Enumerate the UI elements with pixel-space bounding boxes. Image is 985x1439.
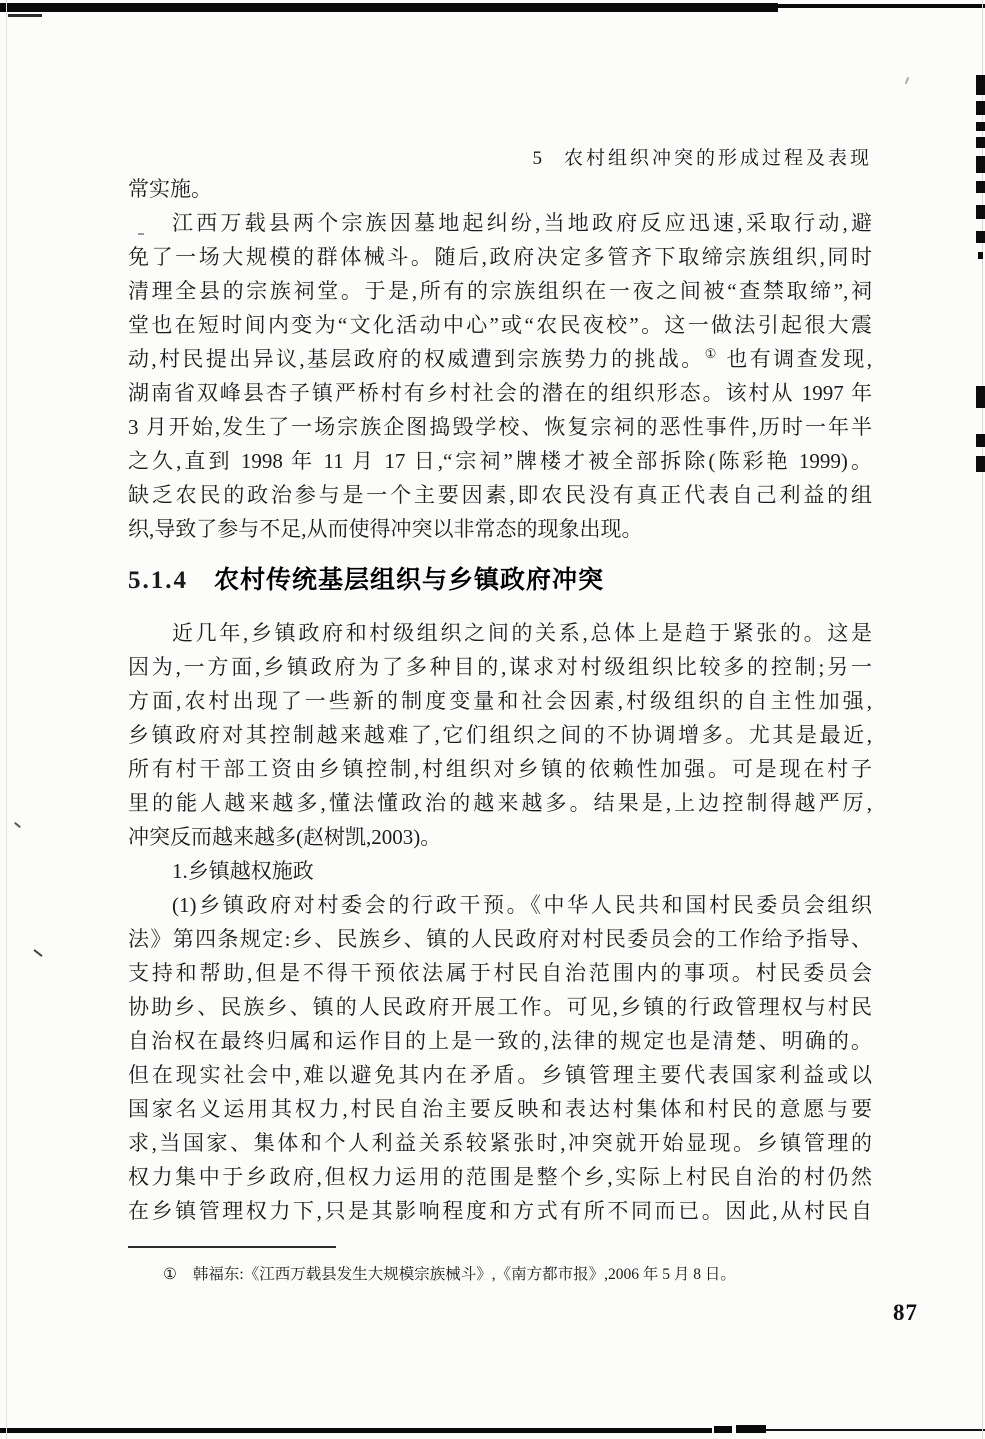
scan-artifact-bottom-blob: [736, 1425, 766, 1433]
body-line: 支持和帮助,但是不得干预依法属于村民自治范围内的事项。村民委员会: [128, 956, 872, 990]
body-line: 湖南省双峰县杏子镇严桥村有乡村社会的潜在的组织形态。该村从 1997 年: [128, 376, 872, 410]
body-line: 3 月开始,发生了一场宗族企图捣毁学校、恢复宗祠的恶性事件,历时一年半: [128, 410, 872, 444]
footnote-separator: [128, 1246, 336, 1248]
body-line: (1)乡镇政府对村委会的行政干预。《中华人民共和国村民委员会组织: [128, 888, 872, 922]
scan-artifact-bottom-bar-thin: [766, 1429, 985, 1431]
running-head-chapter-number: 5: [532, 148, 542, 169]
book-page: 5农村组织冲突的形成过程及表现 常实施。江西万载县两个宗族因墓地起纠纷,当地政府…: [0, 0, 985, 1439]
body-line: 协助乡、民族乡、镇的人民政府开展工作。可见,乡镇的行政管理权与村民: [128, 990, 872, 1024]
scan-speck: [905, 77, 909, 84]
body-line: 织,导致了参与不足,从而使得冲突以非常态的现象出现。: [128, 512, 872, 546]
body-line: 但在现实社会中,难以避免其内在矛盾。乡镇管理主要代表国家利益或以: [128, 1058, 872, 1092]
scan-artifact-right-blob: [976, 434, 985, 447]
scan-artifact-right-blob: [976, 75, 985, 95]
body-line: 因为,一方面,乡镇政府为了多种目的,谋求对村级组织比较多的控制;另一: [128, 650, 872, 684]
scan-artifact-right-blob: [976, 205, 985, 219]
footnote: ①韩福东:《江西万载县发生大规模宗族械斗》,《南方都市报》,2006 年 5 月…: [163, 1264, 843, 1286]
scan-artifact-right-blob: [976, 181, 985, 193]
body-line: 免了一场大规模的群体械斗。随后,政府决定多管齐下取缔宗族组织,同时: [128, 240, 872, 274]
body-line: 1.乡镇越权施政: [128, 854, 872, 888]
body-line: 常实施。: [128, 172, 872, 206]
body-line: 缺乏农民的政治参与是一个主要因素,即农民没有真正代表自己利益的组: [128, 478, 872, 512]
section-heading: 5.1.4农村传统基层组织与乡镇政府冲突: [128, 562, 872, 598]
body-line: 堂也在短时间内变为“文化活动中心”或“农民夜校”。这一做法引起很大震: [128, 308, 872, 342]
running-head: 5农村组织冲突的形成过程及表现: [128, 143, 872, 170]
body-line: 国家名义运用其权力,村民自治主要反映和表达村集体和村民的意愿与要: [128, 1092, 872, 1126]
scan-speck: [14, 822, 21, 828]
footnote-reference-mark: ①: [705, 346, 719, 361]
scan-edge-line-left: [6, 0, 7, 1439]
body-line: 所有村干部工资由乡镇控制,村组织对乡镇的依赖性加强。可是现在村子: [128, 752, 872, 786]
scan-artifact-right-blob: [976, 122, 985, 131]
body-line: 乡镇政府对其控制越来越难了,它们组织之间的不协调增多。尤其是最近,: [128, 718, 872, 752]
scan-artifact-bottom-bar: [0, 1428, 712, 1433]
scan-artifact-right-blob: [976, 137, 985, 148]
scan-artifact-top-bar-thin: [770, 4, 985, 8]
scan-artifact-right-blob: [976, 156, 985, 173]
body-line: 法》第四条规定:乡、民族乡、镇的人民政府对村民委员会的工作给予指导、: [128, 922, 872, 956]
section-number: 5.1.4: [128, 567, 188, 594]
body-text: 常实施。江西万载县两个宗族因墓地起纠纷,当地政府反应迅速,采取行动,避免了一场大…: [128, 172, 872, 1228]
body-line: 里的能人越来越多,懂法懂政治的越来越多。结果是,上边控制得越严厉,: [128, 786, 872, 820]
footnote-text: 韩福东:《江西万载县发生大规模宗族械斗》,《南方都市报》,2006 年 5 月 …: [193, 1266, 736, 1283]
body-line: 冲突反而越来越多(赵树凯,2003)。: [128, 820, 872, 854]
body-line: 在乡镇管理权力下,只是其影响程度和方式有所不同而已。因此,从村民自: [128, 1194, 872, 1228]
scan-artifact-top-bar: [0, 3, 778, 12]
body-line: 江西万载县两个宗族因墓地起纠纷,当地政府反应迅速,采取行动,避: [128, 206, 872, 240]
scan-artifact-top-speck: [8, 14, 42, 17]
body-line: 方面,农村出现了一些新的制度变量和社会因素,村级组织的自主性加强,: [128, 684, 872, 718]
page-number: 87: [893, 1300, 918, 1326]
body-line: 自治权在最终归属和运作目的上是一致的,法律的规定也是清楚、明确的。: [128, 1024, 872, 1058]
scan-artifact-right-blob: [976, 386, 985, 408]
scan-artifact-right-blob: [978, 252, 983, 259]
scan-artifact-right-blob: [976, 101, 985, 115]
running-head-title: 农村组织冲突的形成过程及表现: [564, 148, 872, 169]
footnote-marker: ①: [163, 1266, 177, 1283]
body-line: 清理全县的宗族祠堂。于是,所有的宗族组织在一夜之间被“查禁取缔”,祠: [128, 274, 872, 308]
body-line: 近几年,乡镇政府和村级组织之间的关系,总体上是趋于紧张的。这是: [128, 616, 872, 650]
scan-artifact-bottom-blob: [714, 1426, 732, 1433]
section-title: 农村传统基层组织与乡镇政府冲突: [214, 566, 604, 594]
scan-artifact-right-blob: [976, 231, 985, 243]
body-line: 之久,直到 1998 年 11 月 17 日,“宗祠”牌楼才被全部拆除(陈彩艳 …: [128, 444, 872, 478]
body-line: 动,村民提出异议,基层政府的权威遭到宗族势力的挑战。① 也有调查发现,: [128, 342, 872, 376]
body-line: 权力集中于乡政府,但权力运用的范围是整个乡,实际上村民自治的村仍然: [128, 1160, 872, 1194]
scan-speck: [33, 949, 42, 957]
body-line: 求,当国家、集体和个人利益关系较紧张时,冲突就开始显现。乡镇管理的: [128, 1126, 872, 1160]
scan-artifact-right-blob: [976, 456, 985, 472]
